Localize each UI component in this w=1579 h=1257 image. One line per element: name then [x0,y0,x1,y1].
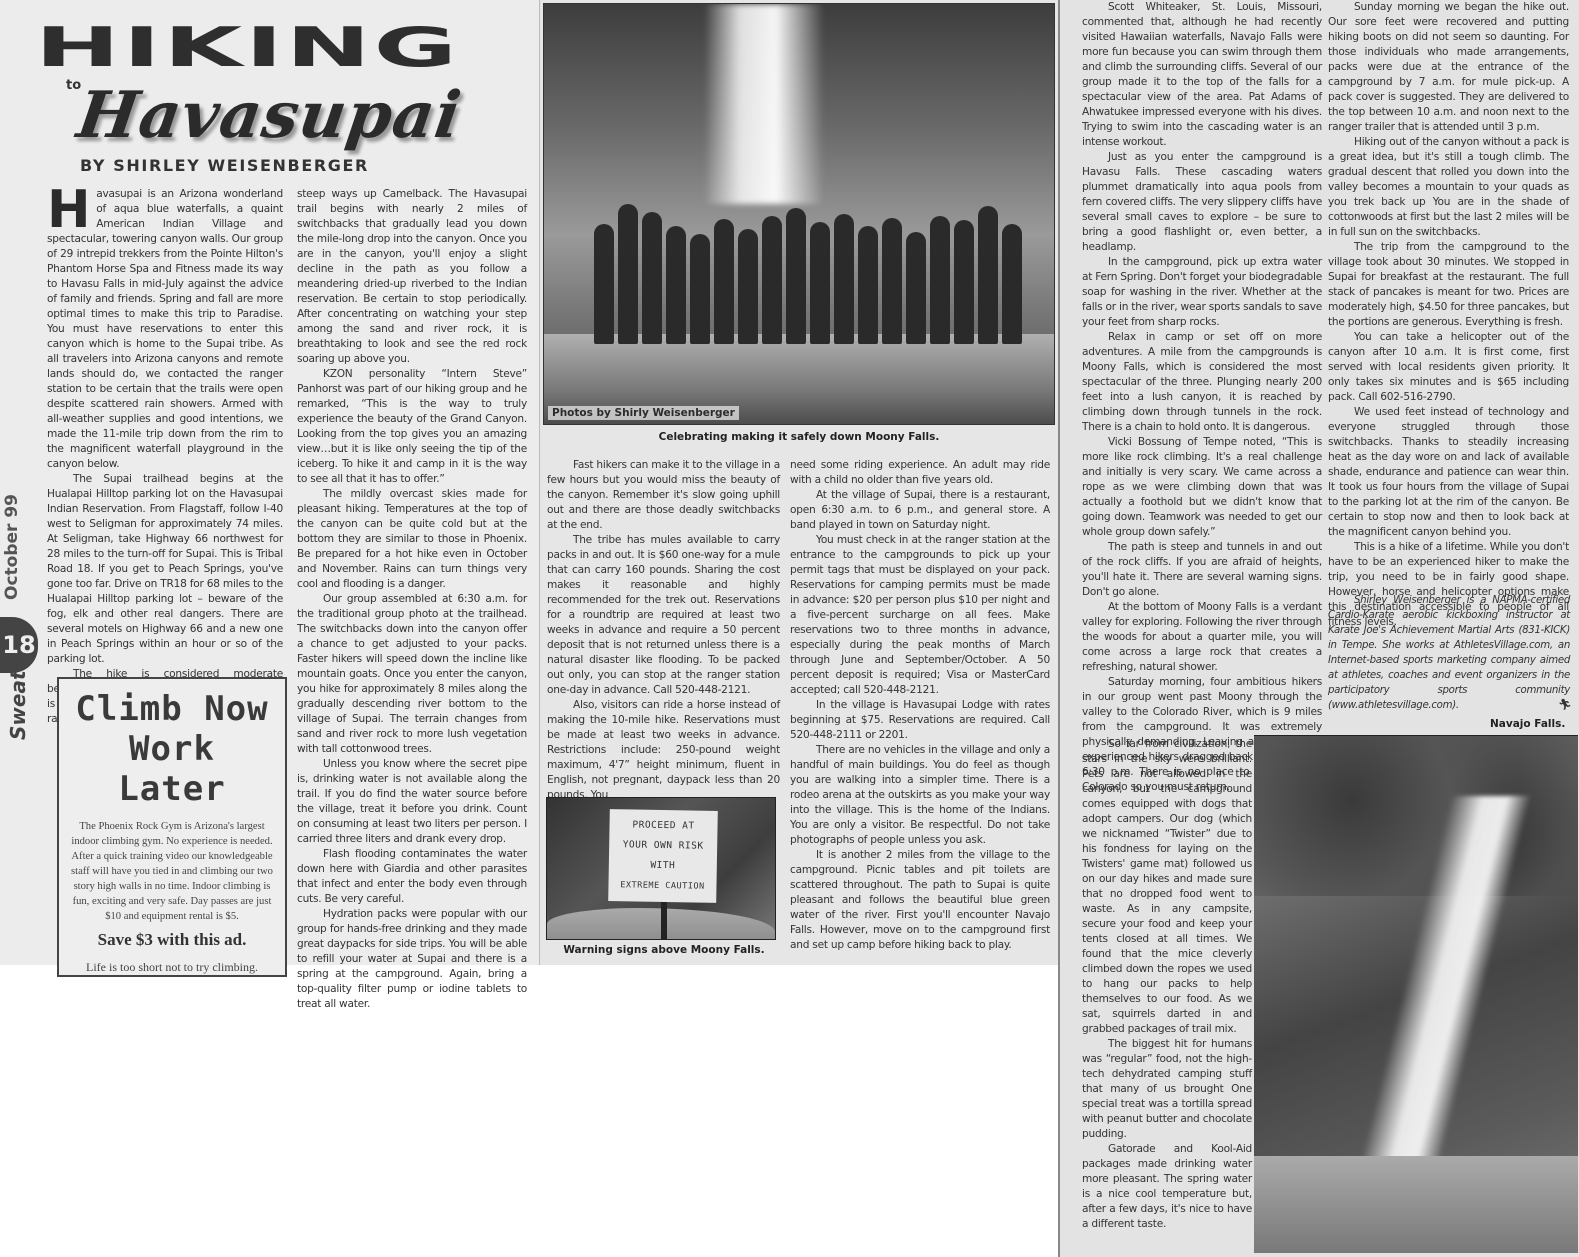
folio-month: October 99 [2,494,22,600]
middle-page: Photos by Shirly Weisenberger Celebratin… [540,0,1058,965]
navajo-falls-photo [1254,735,1578,1253]
article-column-4: need some riding experience. An adult ma… [790,458,1050,953]
warning-sign: PROCEED AT YOUR OWN RISK WITH EXTREME CA… [608,809,718,903]
paragraph: Fast hikers can make it to the village i… [547,458,780,533]
magazine-name: Sweat [6,670,30,740]
paragraph: Havasupai is an Arizona wonderland of aq… [47,187,283,472]
left-page: HIKING to Havasupai BY SHIRLEY WEISENBER… [0,0,540,965]
pool-graphic [1254,1156,1578,1253]
paragraph: KZON personality “Intern Steve” Panhorst… [297,367,527,487]
paragraph: At the bottom of Moony Falls is a verdan… [1082,600,1322,675]
paragraph: The path is steep and tunnels in and out… [1082,540,1322,600]
article-column-6: Sunday morning we began the hike out. Ou… [1328,0,1569,630]
paragraph: steep ways up Camelback. The Havasupai t… [297,187,527,367]
paragraph: At the village of Supai, there is a rest… [790,488,1050,533]
ad-body: The Phoenix Rock Gym is Arizona's larges… [67,819,277,924]
sign-line: WITH [611,855,715,877]
paragraph: need some riding experience. An adult ma… [790,458,1050,488]
ad-offer: Save $3 with this ad. [67,930,277,950]
paragraph: Just as you enter the campground is Hava… [1082,150,1322,255]
paragraph: Vicki Bossung of Tempe noted, “This is m… [1082,435,1322,540]
paragraph: Also, visitors can ride a horse instead … [547,698,780,803]
article-column-5-continued: So far from civilization, the stars in t… [1082,737,1252,1232]
waterfall-graphic [704,4,824,204]
paragraph: It is another 2 miles from the village t… [790,848,1050,953]
paragraph: Gatorade and Kool-Aid packages made drin… [1082,1142,1252,1232]
paragraph: You can take a helicopter out of the can… [1328,330,1569,405]
paragraph: Hydration packs were popular with our gr… [297,907,527,1012]
photo-credit: Photos by Shirly Weisenberger [548,406,739,420]
paragraph: Flash flooding contaminates the water do… [297,847,527,907]
right-page: Scott Whiteaker, St. Louis, Missouri, co… [1058,0,1579,1257]
paragraph: You must check in at the ranger station … [790,533,1050,698]
paragraph: Relax in camp or set off on more adventu… [1082,330,1322,435]
paragraph: The mildly overcast skies made for pleas… [297,487,527,592]
paragraph: Our group assembled at 6:30 a.m. for the… [297,592,527,757]
paragraph: Unless you know where the secret pipe is… [297,757,527,847]
sign-post-graphic [661,902,667,940]
foliage-graphic [1254,736,1578,896]
paragraph: In the village is Havasupai Lodge with r… [790,698,1050,743]
drop-cap: H [47,188,90,232]
paragraph: The trip from the campground to the vill… [1328,240,1569,330]
article-column-2: steep ways up Camelback. The Havasupai t… [297,187,527,1012]
end-of-article-icon: 🏃︎ [1558,698,1572,711]
paragraph: In the campground, pick up extra water a… [1082,255,1322,330]
bio-text: Shirley Weisenberger is a NAPMA-certifie… [1328,593,1570,713]
author-bio: Shirley Weisenberger is a NAPMA-certifie… [1328,593,1570,713]
sign-line: PROCEED AT [611,815,715,837]
article-column-5: Scott Whiteaker, St. Louis, Missouri, co… [1082,0,1322,795]
paragraph: So far from civilization, the stars in t… [1082,737,1252,1037]
paragraph: The biggest hit for humans was “regular”… [1082,1037,1252,1142]
paragraph: Sunday morning we began the hike out. Ou… [1328,0,1569,135]
hikers-group-graphic [594,194,1034,344]
rock-gym-ad: Climb Now Work Later The Phoenix Rock Gy… [57,677,287,977]
ad-tagline: Life is too short not to try climbing. [67,960,277,975]
article-column-3: Fast hikers can make it to the village i… [547,458,780,803]
ad-headline: Climb Now Work Later [67,689,277,809]
sign-photo-caption: Warning signs above Moony Falls. [540,944,788,956]
warning-sign-photo: PROCEED AT YOUR OWN RISK WITH EXTREME CA… [546,797,776,940]
paragraph: There are no vehicles in the village and… [790,743,1050,848]
headline-to: to [66,78,81,93]
headline-havasupai: Havasupai [73,78,466,153]
group-photo-caption: Celebrating making it safely down Moony … [540,431,1058,443]
sign-line: YOUR OWN RISK [611,835,715,857]
byline: BY SHIRLEY WEISENBERGER [80,156,369,175]
falls-photo-caption: Navajo Falls. [1490,718,1565,730]
paragraph: We used feet instead of technology and e… [1328,405,1569,540]
group-photo: Photos by Shirly Weisenberger [543,3,1055,425]
article-column-1: Havasupai is an Arizona wonderland of aq… [47,187,283,727]
paragraph: The tribe has mules available to carry p… [547,533,780,698]
paragraph: Scott Whiteaker, St. Louis, Missouri, co… [1082,0,1322,150]
sign-line: EXTREME CAUTION [610,875,714,897]
paragraph: Hiking out of the canyon without a pack … [1328,135,1569,240]
headline-hiking: HIKING [35,20,460,75]
page-number: 18 [0,617,38,673]
paragraph: The Supai trailhead begins at the Hualap… [47,472,283,667]
